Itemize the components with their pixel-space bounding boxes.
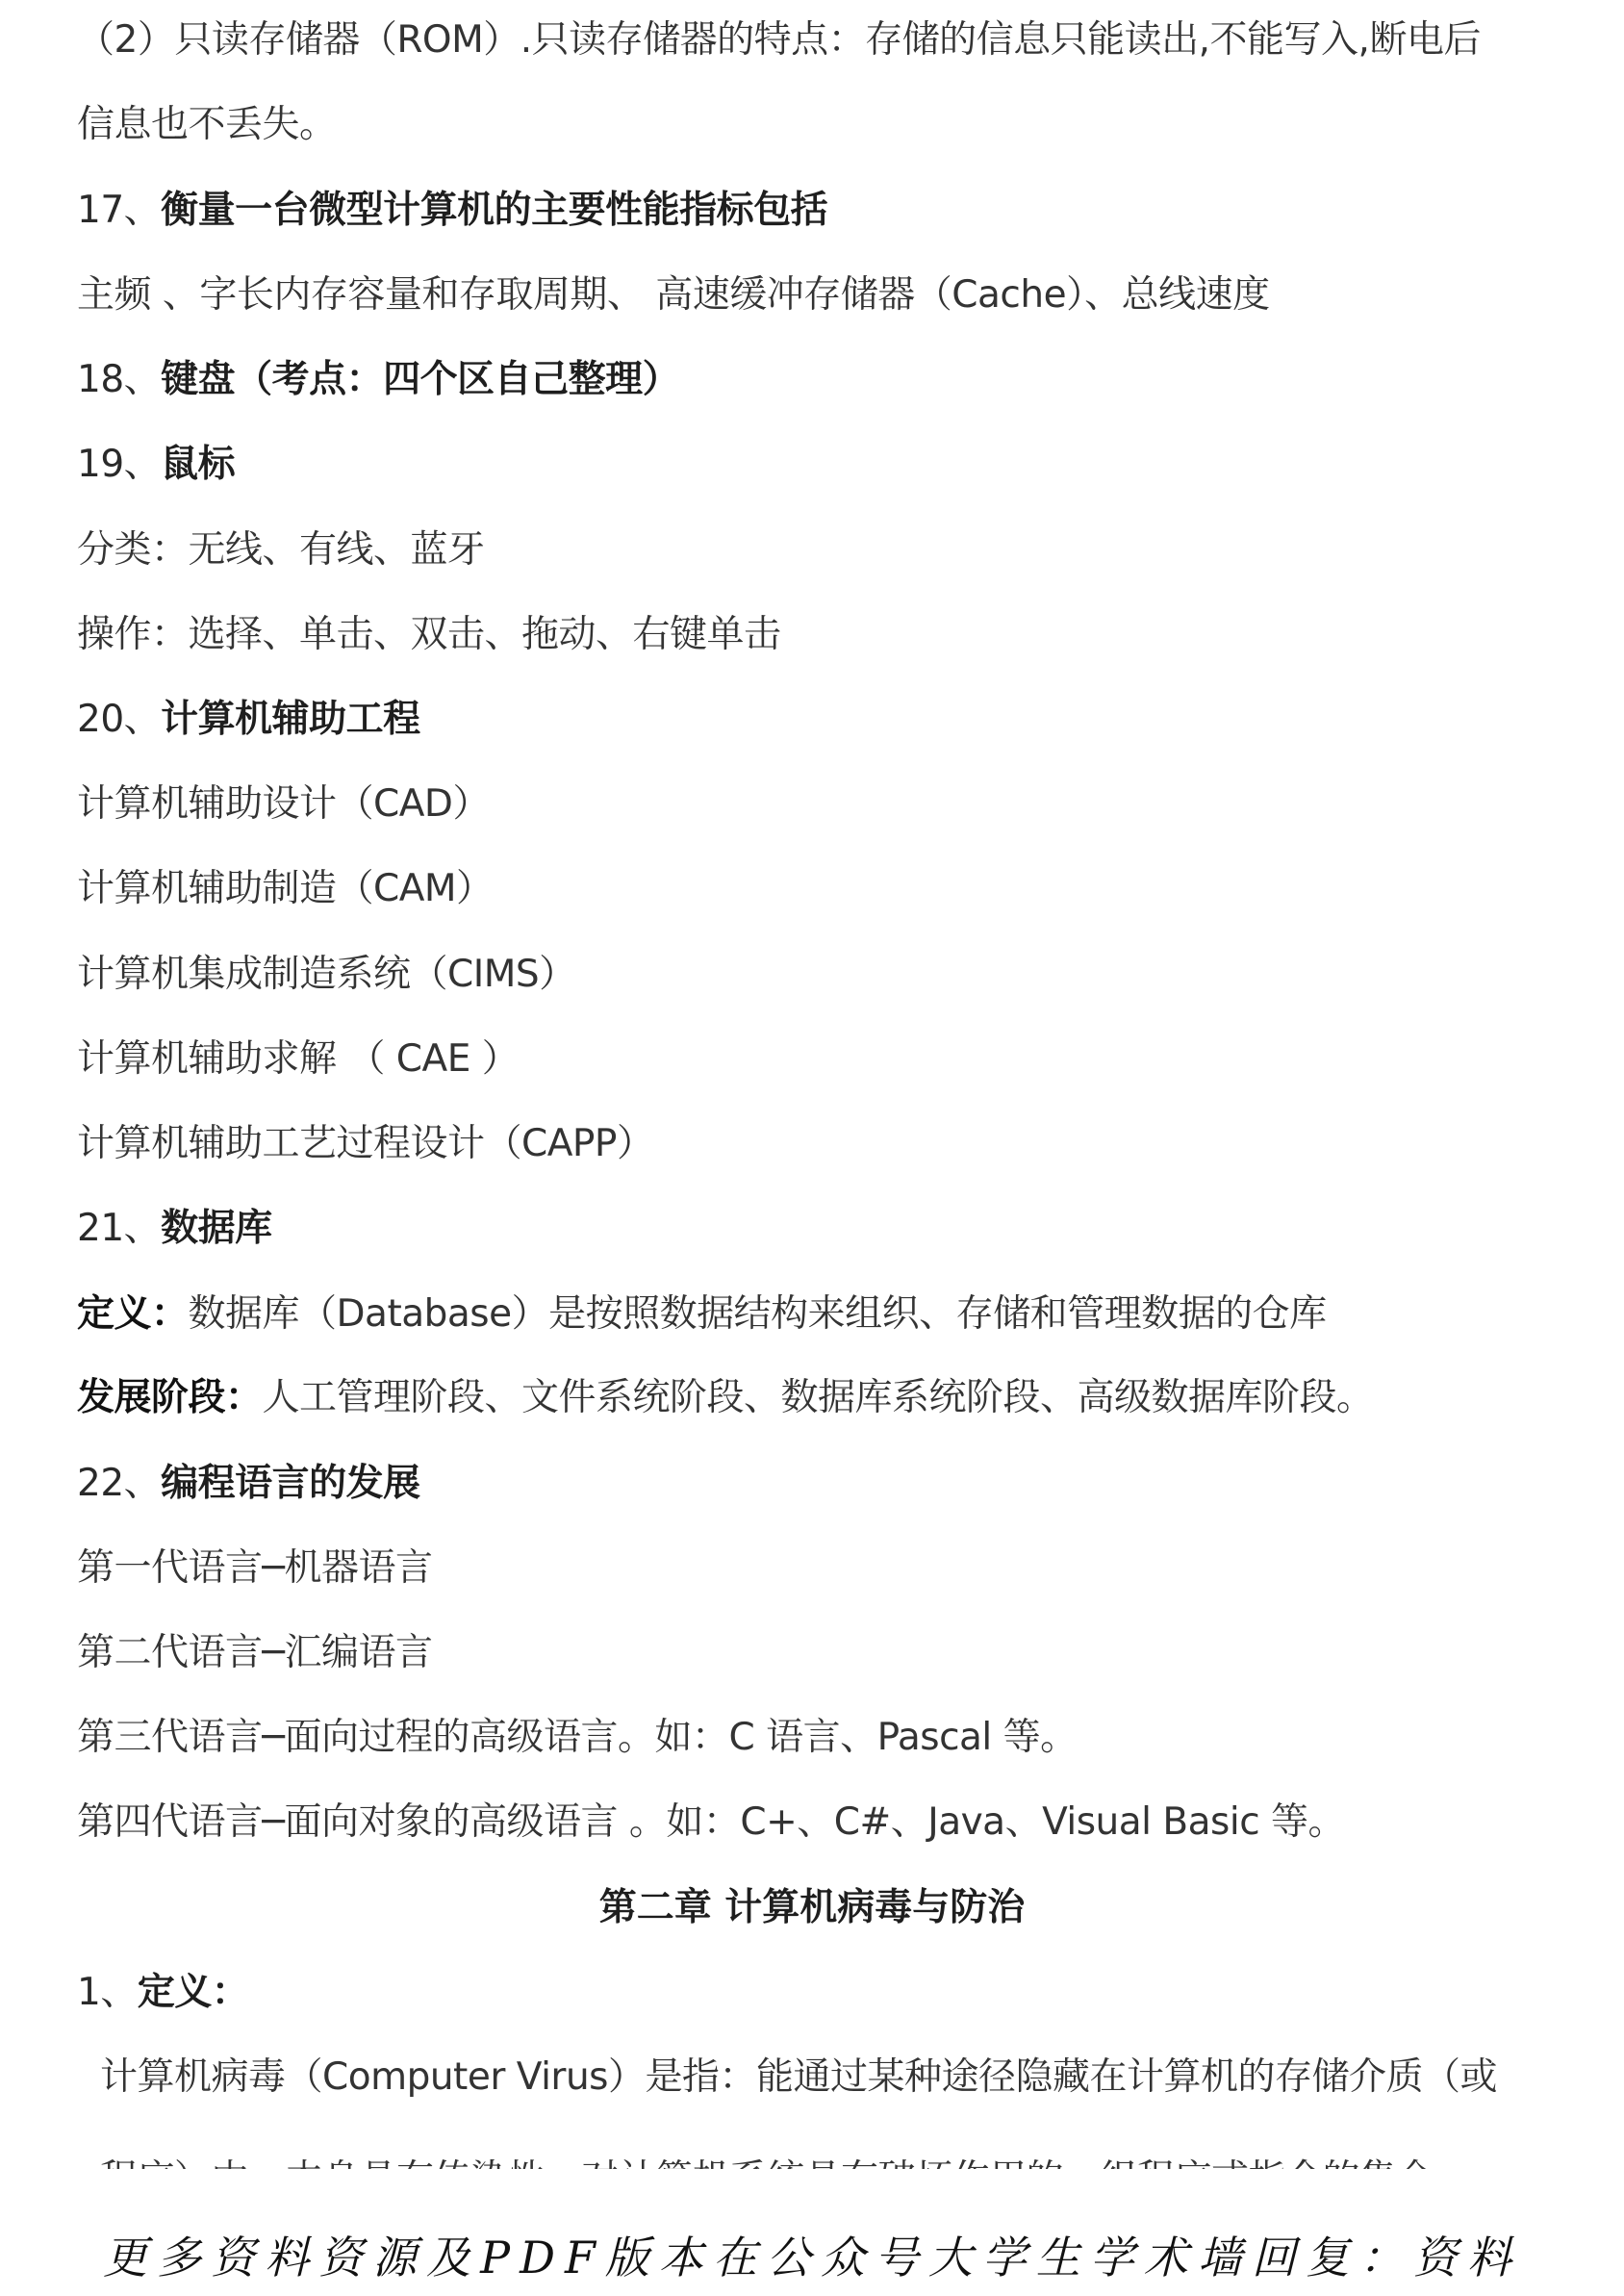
chapter-title: 第二章 计算机病毒与防治 <box>0 1884 1624 1932</box>
section-number: 19、 <box>77 443 161 486</box>
section-21-heading: 21、数据库 <box>77 1205 272 1253</box>
virus-definition: 计算机病毒（Computer Virus）是指：能通过某种途径隐藏在计算机的存储… <box>100 2054 1497 2102</box>
section-number: 21、 <box>77 1207 161 1250</box>
language-gen-2: 第二代语言─汇编语言 <box>77 1629 432 1677</box>
definition-label: 定义： <box>77 1292 189 1336</box>
capp-line: 计算机辅助工艺过程设计（CAPP） <box>77 1120 653 1168</box>
section-title: 鼠标 <box>161 443 235 486</box>
section-20-heading: 20、计算机辅助工程 <box>77 696 420 744</box>
section-number: 22、 <box>77 1462 161 1505</box>
cam-line: 计算机辅助制造（CAM） <box>77 865 494 913</box>
section-number: 18、 <box>77 358 161 401</box>
mouse-operations: 操作：选择、单击、双击、拖动、右键单击 <box>77 611 781 659</box>
section-18-heading: 18、键盘（考点：四个区自己整理） <box>77 356 679 404</box>
database-definition: 定义：数据库（Database）是按照数据结构来组织、存储和管理数据的仓库 <box>77 1290 1327 1339</box>
section-19-heading: 19、鼠标 <box>77 441 235 489</box>
virus-definition-continued: 程序）中，本身具有传染性，对计算机系统具有破坏作用的一组程序或指令的集合 <box>100 2144 1543 2169</box>
mouse-classification: 分类：无线、有线、蓝牙 <box>77 526 485 574</box>
chapter2-section-1-heading: 1、定义： <box>77 1969 248 2017</box>
section-title: 数据库 <box>161 1207 272 1250</box>
section-title: 键盘（考点：四个区自己整理） <box>161 358 679 401</box>
virus-definition-clipped: 程序）中，本身具有传染性，对计算机系统具有破坏作用的一组程序或指令的集合 <box>100 2144 1543 2169</box>
section-number: 20、 <box>77 698 161 741</box>
database-stages: 发展阶段：人工管理阶段、文件系统阶段、数据库系统阶段、高级数据库阶段。 <box>77 1374 1374 1422</box>
section-title: 衡量一台微型计算机的主要性能指标包括 <box>161 189 827 232</box>
section-title: 编程语言的发展 <box>161 1462 420 1505</box>
definition-text: 数据库（Database）是按照数据结构来组织、存储和管理数据的仓库 <box>189 1292 1327 1336</box>
stages-label: 发展阶段： <box>77 1376 263 1419</box>
language-gen-4: 第四代语言─面向对象的高级语言 。如：C+、C#、Java、Visual Bas… <box>77 1799 1345 1847</box>
cae-line: 计算机辅助求解 （ CAE ） <box>77 1035 519 1084</box>
section-title: 计算机辅助工程 <box>161 698 420 741</box>
section-17-body: 主频 、字长内存容量和存取周期、 高速缓冲存储器（Cache）、总线速度 <box>77 271 1270 319</box>
language-gen-3: 第三代语言─面向过程的高级语言。如：C 语言、Pascal 等。 <box>77 1714 1078 1762</box>
rom-description-line: （2）只读存储器（ROM）.只读存储器的特点：存储的信息只能读出,不能写入,断电… <box>77 16 1481 64</box>
cad-line: 计算机辅助设计（CAD） <box>77 780 490 829</box>
section-title: 定义： <box>138 1971 249 2014</box>
cims-line: 计算机集成制造系统（CIMS） <box>77 951 576 999</box>
language-gen-1: 第一代语言─机器语言 <box>77 1544 432 1593</box>
rom-description-continued: 信息也不丢失。 <box>77 101 337 149</box>
section-number: 17、 <box>77 189 161 232</box>
section-22-heading: 22、编程语言的发展 <box>77 1460 420 1508</box>
footer-notice: 更多资料资源及PDF版本在公众号大学生学术墙回复：资料 <box>0 2231 1624 2284</box>
section-17-heading: 17、衡量一台微型计算机的主要性能指标包括 <box>77 187 827 235</box>
document-page: （2）只读存储器（ROM）.只读存储器的特点：存储的信息只能读出,不能写入,断电… <box>0 0 1624 2296</box>
stages-text: 人工管理阶段、文件系统阶段、数据库系统阶段、高级数据库阶段。 <box>263 1376 1374 1419</box>
section-number: 1、 <box>77 1971 138 2014</box>
